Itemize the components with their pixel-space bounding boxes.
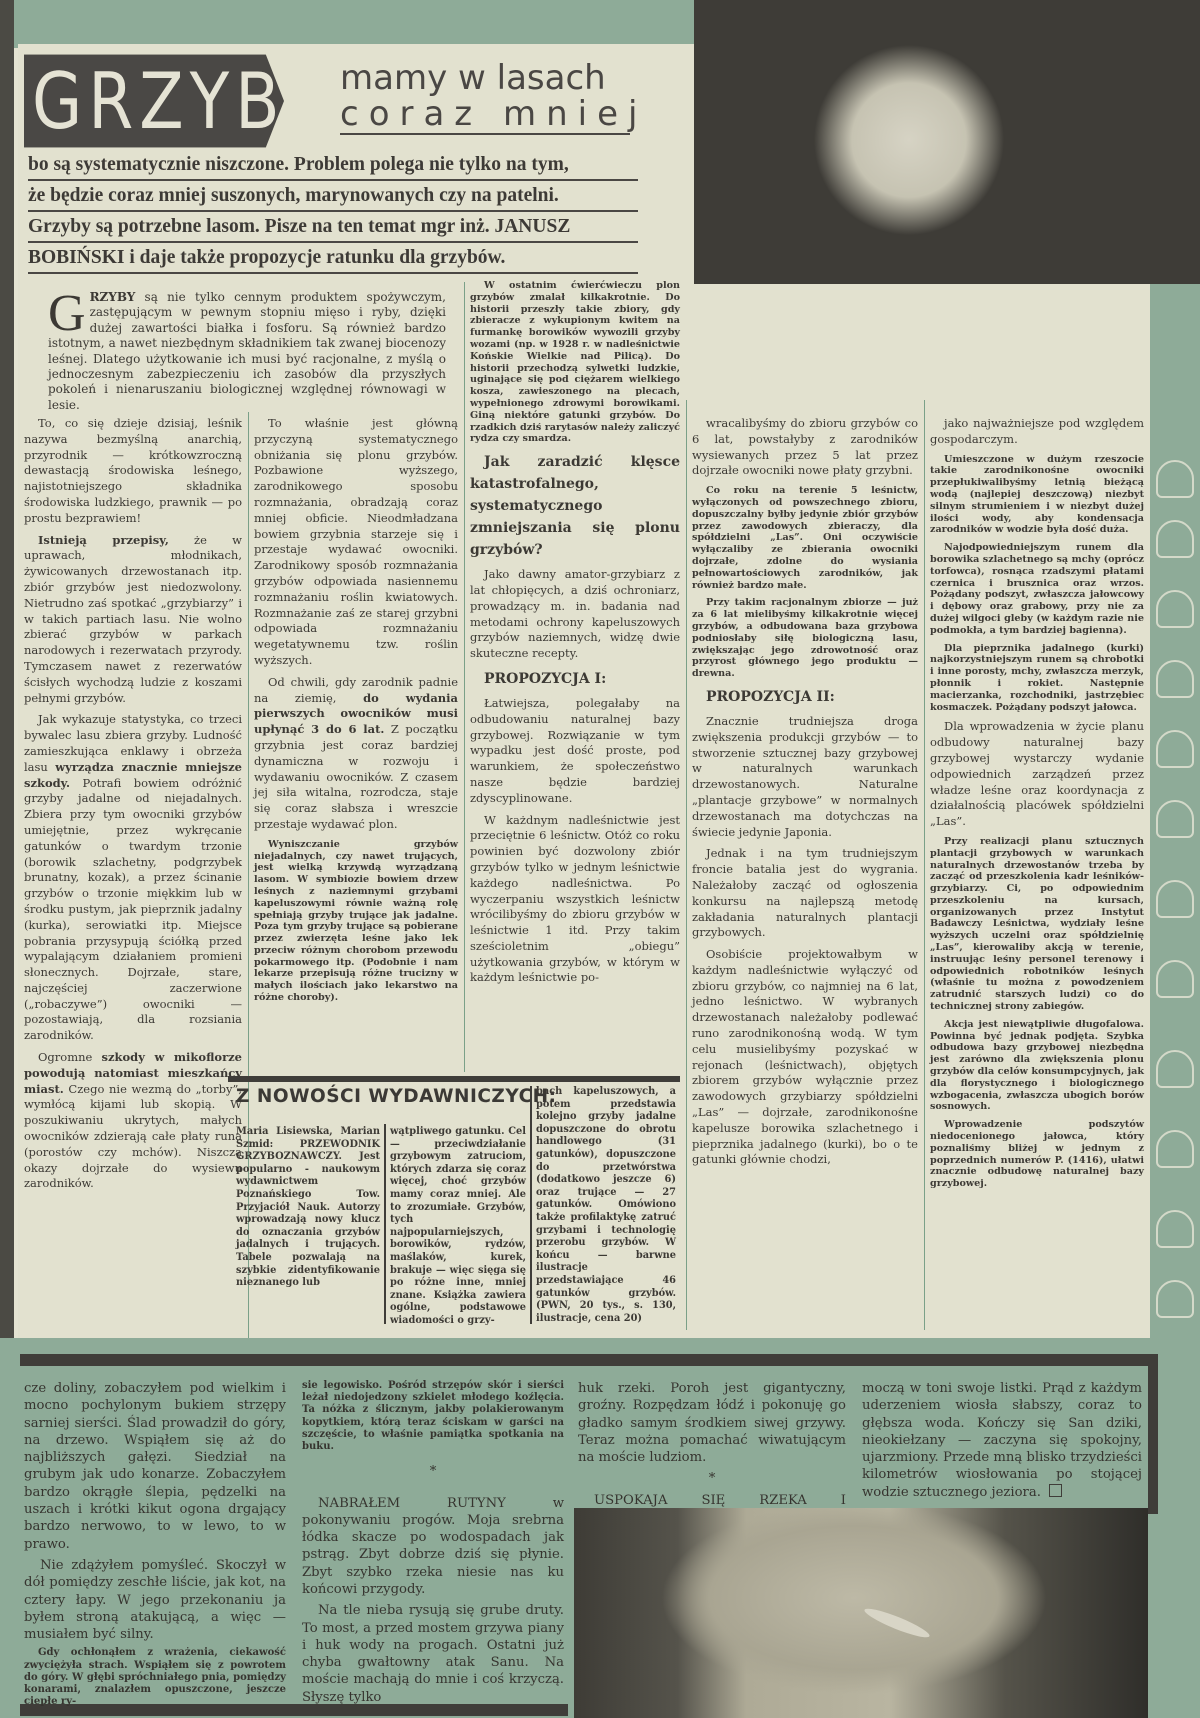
article-column-2: To właśnie jest główną przyczyną systema… xyxy=(254,416,458,1010)
paragraph: To, co się dzieje dzisiaj, leśnik nazywa… xyxy=(24,416,242,527)
paragraph-small: sie legowisko. Pośród strzępów skór i si… xyxy=(302,1380,564,1453)
book-review-col-2: wątpliwego gatunku. Cel — przeciwdziałan… xyxy=(390,1126,526,1328)
section-star: * xyxy=(578,1470,846,1487)
paragraph: jako najważniejsze pod względem gospodar… xyxy=(930,416,1144,448)
paragraph: NABRAŁEM RUTYNY w pokonywaniu progów. Mo… xyxy=(302,1495,564,1599)
mushroom-outline-icon xyxy=(1156,520,1194,558)
mushroom-outline-icon xyxy=(1156,800,1194,838)
paragraph: huk rzeki. Poroh jest gigantyczny, groźn… xyxy=(578,1380,846,1466)
paragraph: Od chwili, gdy zarodnik padnie na ziemię… xyxy=(254,675,458,833)
paragraph: cze doliny, zobaczyłem pod wielkim i moc… xyxy=(24,1380,286,1553)
lede-paragraph: bo są systematycznie niszczone. Problem … xyxy=(28,150,638,274)
paragraph: To właśnie jest główną przyczyną systema… xyxy=(254,416,458,669)
paragraph: W każdnym nadleśnictwie jest przeciętnie… xyxy=(470,813,680,987)
paragraph-small: Akcja jest niewątpliwie długofalowa. Pow… xyxy=(930,1019,1144,1113)
intro-bold: RZYBY xyxy=(90,290,136,304)
article-column-5: jako najważniejsze pod względem gospodar… xyxy=(930,416,1144,1196)
story-column-1: cze doliny, zobaczyłem pod wielkim i moc… xyxy=(24,1380,286,1712)
lede-line: że będzie coraz mniej suszonych, marynow… xyxy=(28,181,638,212)
book-review-col-1: Maria Lisiewska, Marian Szmid: PRZEWODNI… xyxy=(236,1126,380,1290)
mushroom-outline-icon xyxy=(1156,730,1194,768)
headline-sub-line1: mamy w lasach xyxy=(340,60,606,96)
subheading-proposal-2: PROPOZYCJA II: xyxy=(692,686,918,708)
square-end-mark-icon xyxy=(1049,1484,1062,1497)
paragraph-small: W ostatnim ćwierćwieczu plon grzybów zma… xyxy=(470,280,680,445)
column-rule xyxy=(384,1124,386,1324)
article-column-4: wracalibyśmy do zbioru grzybów co 6 lat,… xyxy=(692,416,918,1174)
headline-underline xyxy=(340,133,630,135)
mushroom-outline-icon xyxy=(1156,1130,1194,1168)
article-column-3: W ostatnim ćwierćwieczu plon grzybów zma… xyxy=(470,280,680,992)
mushroom-outline-icon xyxy=(1156,880,1194,918)
subheading-proposal-1: PROPOZYCJA I: xyxy=(470,668,680,690)
paragraph: Osobiście projektowałbym w każdym nadleś… xyxy=(692,947,918,1168)
paragraph: Istnieją przepisy, że w uprawach, młodni… xyxy=(24,533,242,707)
column-rule xyxy=(924,400,925,1330)
paragraph: Jak wykazuje statystyka, co trzeci bywal… xyxy=(24,712,242,1044)
story-column-4: moczą w toni swoje listki. Prąd z każdym… xyxy=(862,1380,1142,1505)
paragraph-small: Umieszczone w dużym rzeszocie takie zaro… xyxy=(930,454,1144,537)
column-rule xyxy=(686,400,687,1330)
top-green-band xyxy=(14,0,694,48)
paragraph: Znacznie trudniejsza droga zwiększenia p… xyxy=(692,714,918,840)
lower-right-bar xyxy=(1148,1354,1158,1514)
mushroom-outline-icon xyxy=(1156,1050,1194,1088)
lede-line: Grzyby są potrzebne lasom. Pisze na ten … xyxy=(28,212,638,243)
book-review-title: Z NOWOŚCI WYDAWNICZYCH: xyxy=(236,1086,557,1107)
column-rule xyxy=(464,282,465,1072)
paragraph-small: Dla pieprznika jadalnego (kurki) najkorz… xyxy=(930,643,1144,714)
intro-text: są nie tylko cennym produktem spożywczym… xyxy=(48,290,446,412)
paragraph-small: Najodpowiedniejszym runem dla borowika s… xyxy=(930,542,1144,636)
mushroom-outline-icon xyxy=(1156,460,1194,498)
article-intro: GRZYBY są nie tylko cennym produktem spo… xyxy=(48,290,446,413)
paragraph-small: Przy realizacji planu sztucznych plantac… xyxy=(930,836,1144,1013)
paragraph-small: Gdy ochłonąłem z wrażenia, ciekawość zwy… xyxy=(24,1647,286,1708)
mushroom-outline-icon xyxy=(1156,660,1194,698)
story-column-2: sie legowisko. Pośród strzępów skór i si… xyxy=(302,1380,564,1710)
paragraph: Jednak i na tym trudniejszym froncie bat… xyxy=(692,846,918,941)
paragraph: Na tle nieba rysują się grube druty. To … xyxy=(302,1602,564,1706)
subheading-question: Jak zaradzić klęsce katastrofalnego, sys… xyxy=(470,451,680,561)
paragraph-small: Wprowadzenie podszytów niedocenionego ja… xyxy=(930,1119,1144,1190)
mushroom-outline-icon xyxy=(1156,960,1194,998)
paragraph: Ogromne szkody w mikoflorze powodują nat… xyxy=(24,1050,242,1192)
paragraph: Jako dawny amator-grzybiarz z lat chłopi… xyxy=(470,567,680,662)
paragraph: Nie zdążyłem pomyśleć. Skoczył w dół pom… xyxy=(24,1557,286,1643)
column-rule xyxy=(530,1086,532,1324)
paragraph: Dla wprowadzenia w życie planu odbudowy … xyxy=(930,719,1144,830)
paragraph: wracalibyśmy do zbioru grzybów co 6 lat,… xyxy=(692,416,918,479)
drop-cap: G xyxy=(48,292,86,336)
lede-line: BOBIŃSKI i daje także propozycje ratunku… xyxy=(28,243,638,274)
lede-line: bo są systematycznie niszczone. Problem … xyxy=(28,150,638,181)
mushroom-outline-icon xyxy=(1156,590,1194,628)
paragraph-small: Wyniszczanie grzybów niejadalnych, czy n… xyxy=(254,839,458,1004)
paragraph-small: Przy takim racjonalnym zbiorze — już za … xyxy=(692,597,918,680)
article-column-1: To, co się dzieje dzisiaj, leśnik nazywa… xyxy=(24,416,242,1198)
headline-sub-line2: coraz mniej xyxy=(340,96,647,132)
headline-big-word: GRZYBÓW xyxy=(24,55,284,148)
photo-river-kayak xyxy=(574,1508,1148,1718)
book-review-col-3: bach kapeluszowych, a potem przedstawia … xyxy=(536,1086,676,1325)
paragraph-small: Co roku na terenie 5 leśnictw, wyłączony… xyxy=(692,485,918,591)
mushroom-outline-icon xyxy=(1156,1210,1194,1248)
photo-fly-agaric xyxy=(694,0,1200,330)
lower-top-bar xyxy=(20,1354,1158,1366)
paragraph: moczą w toni swoje listki. Prąd z każdym… xyxy=(862,1380,1142,1501)
paragraph: Łatwiejsza, polegałaby na odbudowaniu na… xyxy=(470,696,680,807)
mushroom-outline-icon xyxy=(1156,1280,1194,1318)
section-star: * xyxy=(302,1463,564,1480)
